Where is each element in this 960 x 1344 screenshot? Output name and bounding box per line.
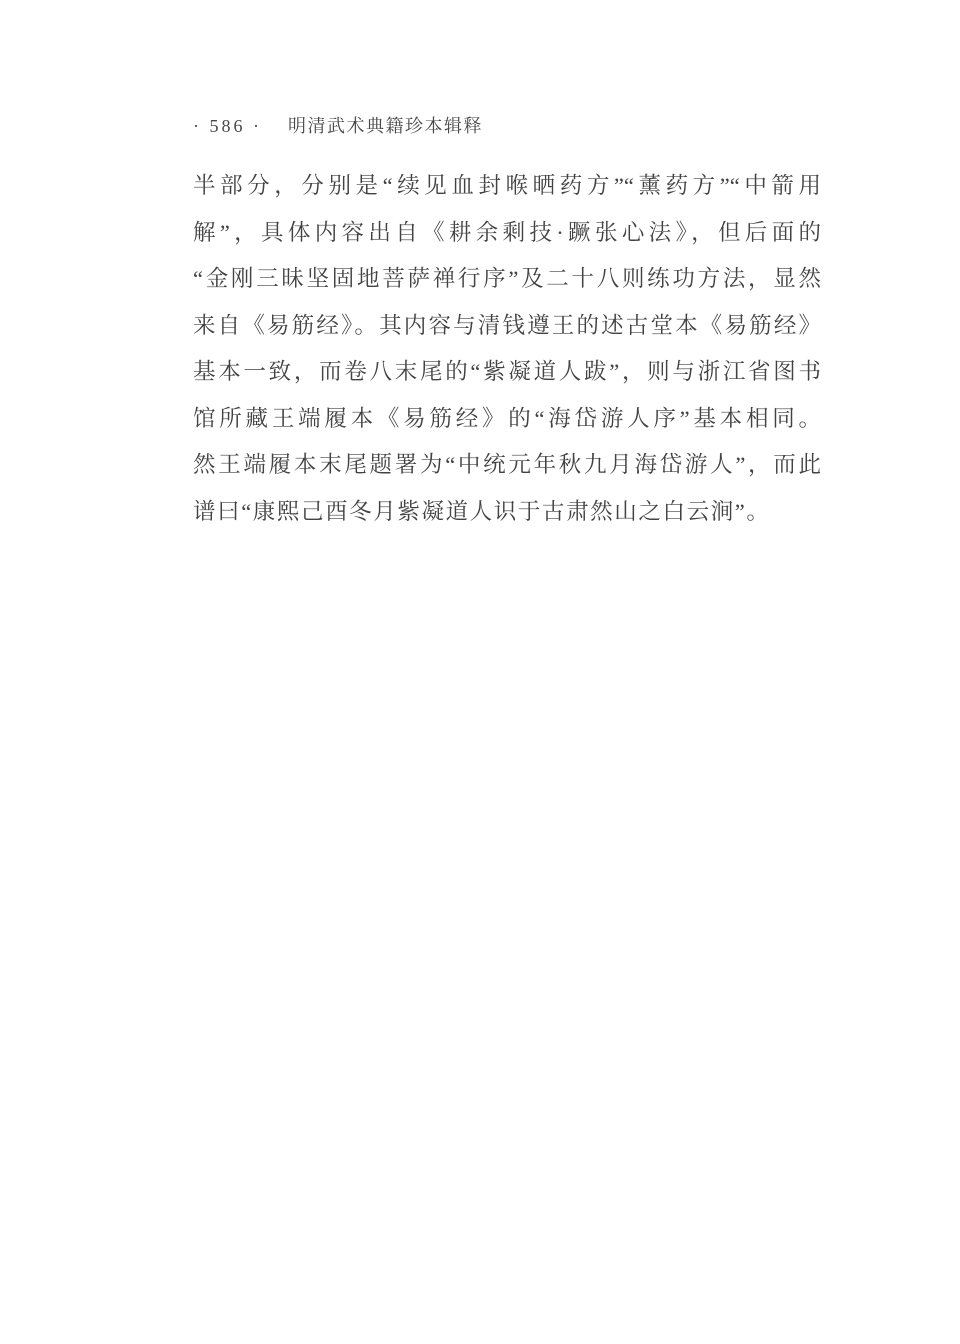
book-page: · 586 · 明清武术典籍珍本辑释 半部分，分别是“续见血封喉晒药方”“薰药方… bbox=[0, 0, 960, 1344]
page-number: · 586 · bbox=[193, 116, 262, 137]
page-header: · 586 · 明清武术典籍珍本辑释 bbox=[193, 112, 483, 138]
text-line: 基本一致，而卷八末尾的“紫凝道人跋”，则与浙江省图书 bbox=[193, 349, 821, 396]
text-line: “金刚三昧坚固地菩萨禅行序”及二十八则练功方法，显然 bbox=[193, 256, 821, 303]
body-text-block: 半部分，分别是“续见血封喉晒药方”“薰药方”“中箭用 解”，具体内容出自《耕余剩… bbox=[193, 163, 821, 535]
text-line: 谱曰“康熙己酉冬月紫凝道人识于古肃然山之白云涧”。 bbox=[193, 489, 821, 536]
text-line: 然王端履本末尾题署为“中统元年秋九月海岱游人”，而此 bbox=[193, 442, 821, 489]
text-line: 半部分，分别是“续见血封喉晒药方”“薰药方”“中箭用 bbox=[193, 163, 821, 210]
text-line: 解”，具体内容出自《耕余剩技·蹶张心法》，但后面的 bbox=[193, 210, 821, 257]
running-head-title: 明清武术典籍珍本辑释 bbox=[288, 112, 483, 138]
text-line: 来自《易筋经》。其内容与清钱遵王的述古堂本《易筋经》 bbox=[193, 303, 821, 350]
text-line: 馆所藏王端履本《易筋经》的“海岱游人序”基本相同。 bbox=[193, 396, 821, 443]
